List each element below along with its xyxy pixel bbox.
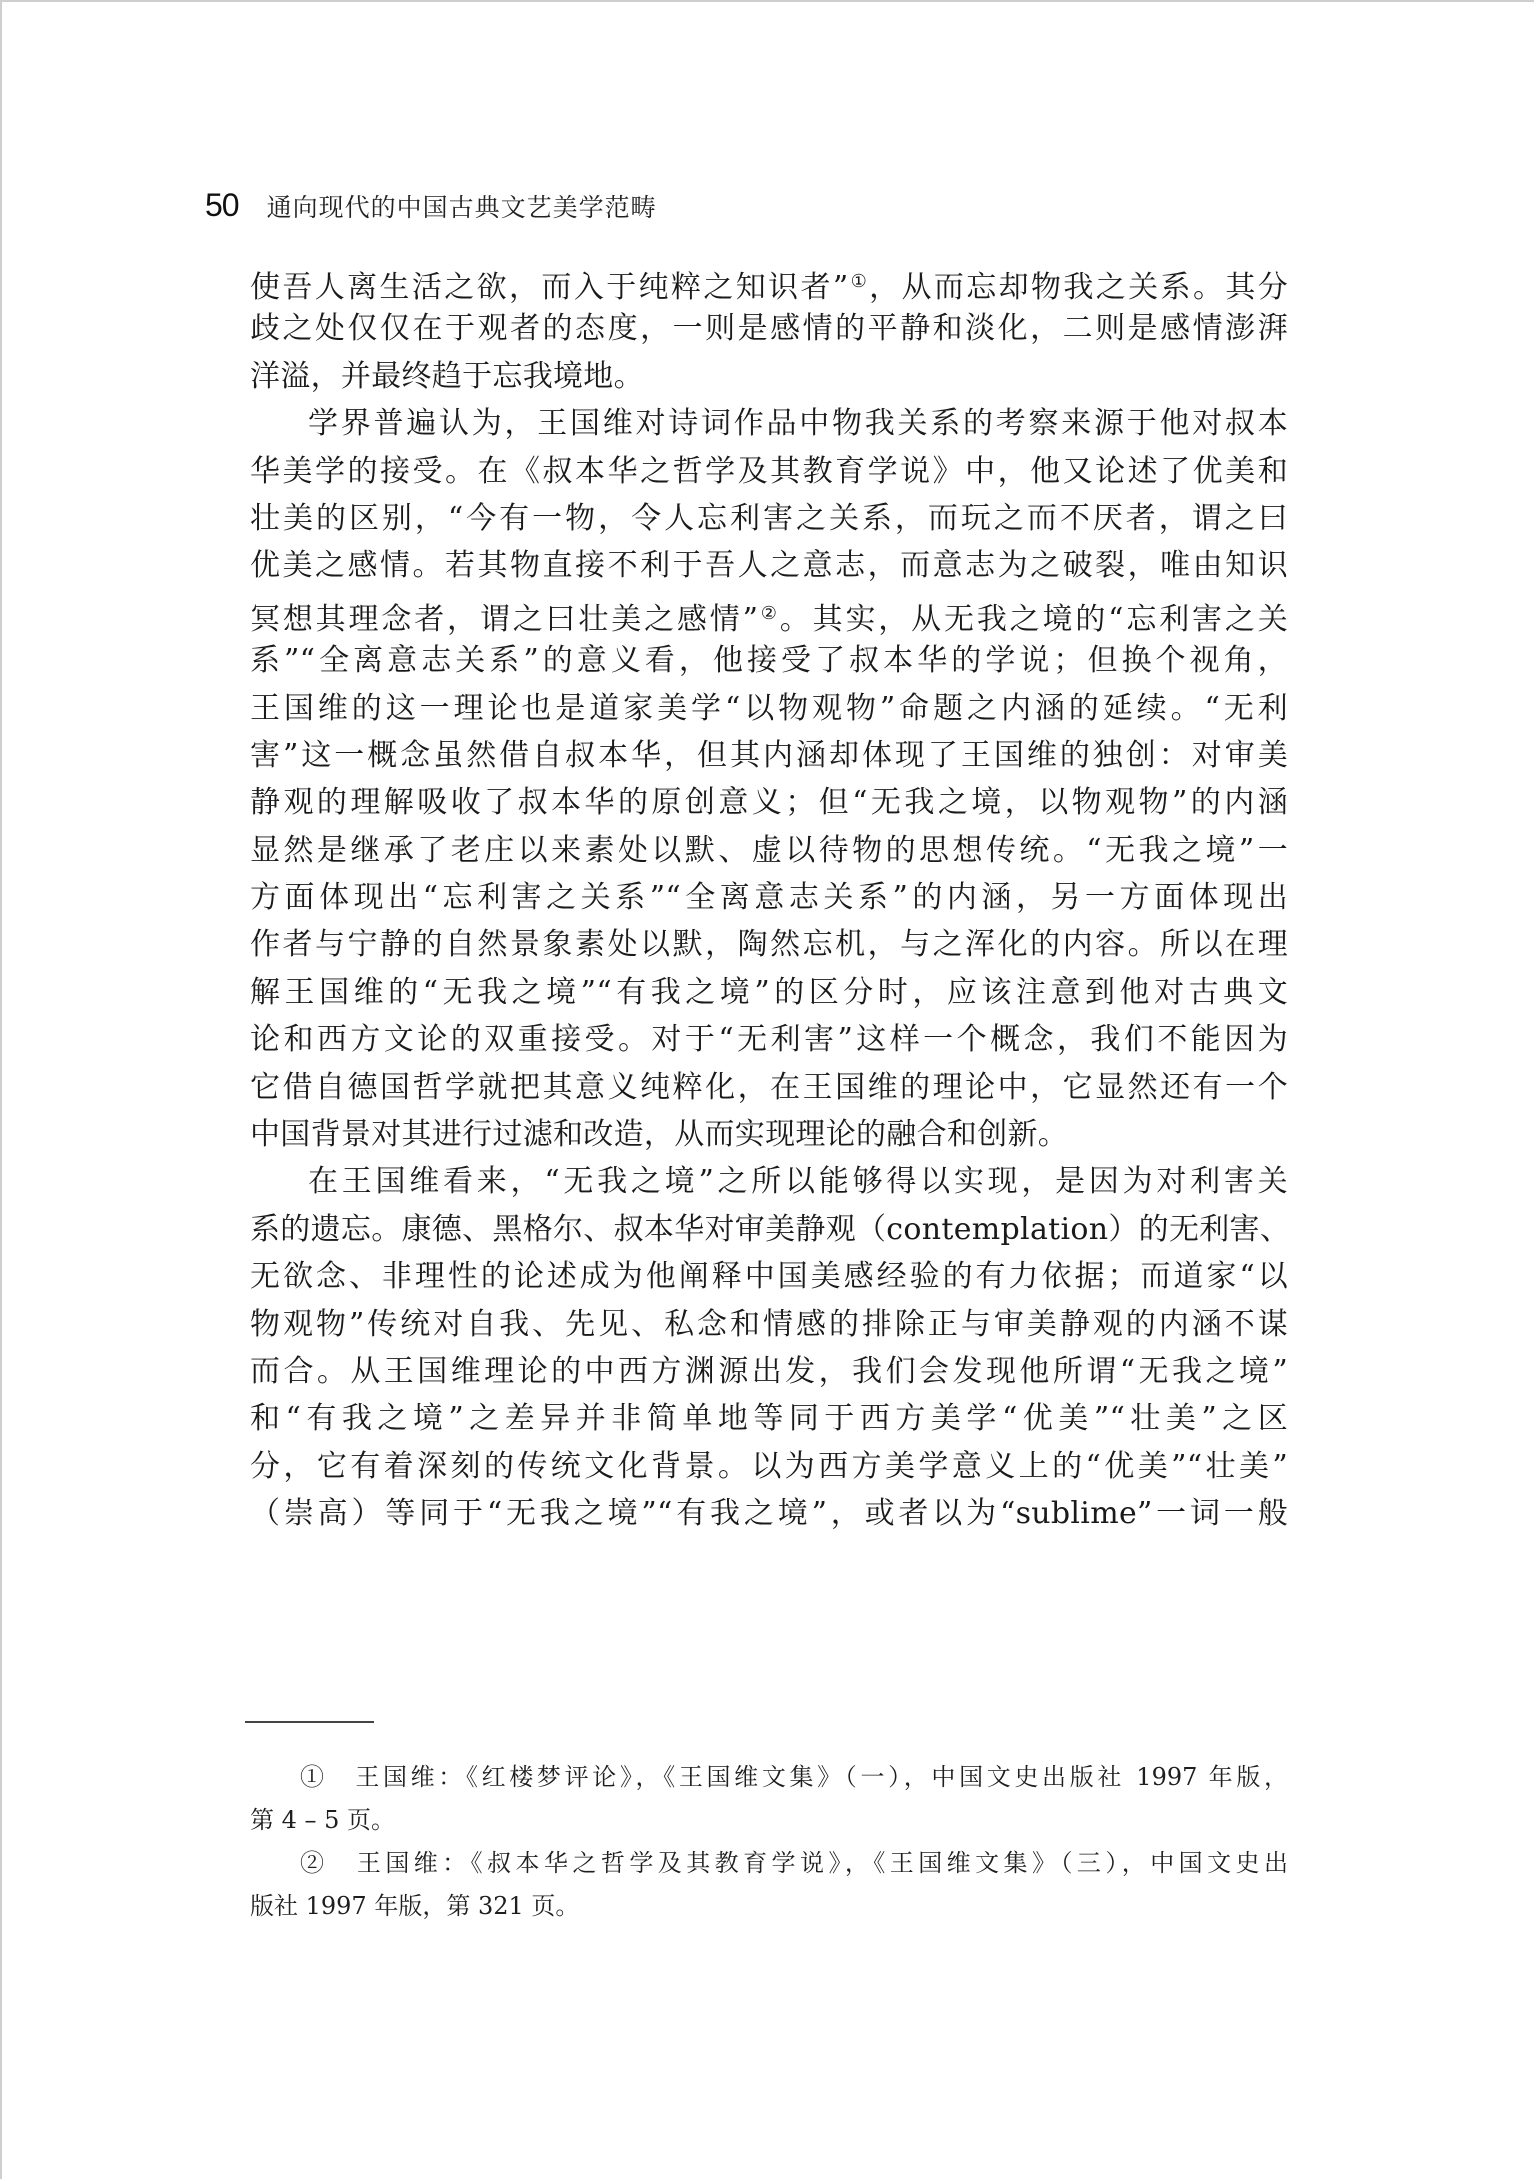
text-span: 冥想其理念者，谓之曰壮美之感情” (250, 602, 758, 637)
text-line: 系的遗忘。康德、黑格尔、叔本华对审美静观（contemplation）的无利害、 (250, 1206, 1288, 1253)
text-span: 。其实，从无我之境的“忘利害之关 (780, 602, 1288, 637)
text-line: 学界普遍认为，王国维对诗词作品中物我关系的考察来源于他对叔本 (250, 400, 1288, 447)
text-line: 解王国维的“无我之境”“有我之境”的区分时，应该注意到他对古典文 (250, 969, 1288, 1016)
text-line: 分，它有着深刻的传统文化背景。以为西方美学意义上的“优美”“壮美” (250, 1443, 1288, 1490)
footnote-ref-2[interactable]: ② (758, 603, 780, 624)
text-line: 而合。从王国维理论的中西方渊源出发，我们会发现他所谓“无我之境” (250, 1348, 1288, 1395)
text-line: 王国维的这一理论也是道家美学“以物观物”命题之内涵的延续。“无利 (250, 685, 1288, 732)
text-line: 优美之感情。若其物直接不利于吾人之意志，而意志为之破裂，唯由知识 (250, 542, 1288, 589)
text-line: 它借自德国哲学就把其意义纯粹化，在王国维的理论中，它显然还有一个 (250, 1064, 1288, 1111)
text-span: 使吾人离生活之欲，而入于纯粹之知识者” (250, 270, 849, 305)
text-line: 和“有我之境”之差异并非简单地等同于西方美学“优美”“壮美”之区 (250, 1395, 1288, 1442)
text-line: 物观物”传统对自我、先见、私念和情感的排除正与审美静观的内涵不谋 (250, 1301, 1288, 1348)
text-line: 使吾人离生活之欲，而入于纯粹之知识者”①，从而忘却物我之关系。其分 (250, 258, 1288, 305)
page-number: 50 (205, 187, 239, 224)
footnote-1-cont: 第 4 – 5 页。 (250, 1799, 1288, 1842)
text-line: 洋溢，并最终趋于忘我境地。 (250, 353, 1288, 400)
footnote-divider (245, 1721, 374, 1723)
text-line: （崇高）等同于“无我之境”“有我之境”，或者以为“sublime”一词一般 (250, 1490, 1288, 1537)
text-line: 华美学的接受。在《叔本华之哲学及其教育学说》中，他又论述了优美和 (250, 448, 1288, 495)
text-line: 冥想其理念者，谓之曰壮美之感情”②。其实，从无我之境的“忘利害之关 (250, 590, 1288, 637)
body-text: 使吾人离生活之欲，而入于纯粹之知识者”①，从而忘却物我之关系。其分 歧之处仅仅在… (250, 258, 1288, 1538)
book-title: 通向现代的中国古典文艺美学范畴 (267, 188, 657, 224)
footnote-ref-1[interactable]: ① (849, 271, 870, 292)
footnote-2-cont: 版社 1997 年版，第 321 页。 (250, 1885, 1288, 1928)
text-line: 静观的理解吸收了叔本华的原创意义；但“无我之境，以物观物”的内涵 (250, 779, 1288, 826)
text-line: 方面体现出“忘利害之关系”“全离意志关系”的内涵，另一方面体现出 (250, 874, 1288, 921)
footnote-1: ① 王国维：《红楼梦评论》，《王国维文集》（一），中国文史出版社 1997 年版… (250, 1756, 1288, 1799)
text-line: 作者与宁静的自然景象素处以默，陶然忘机，与之浑化的内容。所以在理 (250, 921, 1288, 968)
text-line: 在王国维看来，“无我之境”之所以能够得以实现，是因为对利害关 (250, 1158, 1288, 1205)
footnotes: ① 王国维：《红楼梦评论》，《王国维文集》（一），中国文史出版社 1997 年版… (250, 1756, 1288, 1928)
text-line: 壮美的区别，“今有一物，令人忘利害之关系，而玩之而不厌者，谓之曰 (250, 495, 1288, 542)
text-line: 中国背景对其进行过滤和改造，从而实现理论的融合和创新。 (250, 1111, 1288, 1158)
running-head: 50 通向现代的中国古典文艺美学范畴 (205, 187, 657, 227)
text-span: ，从而忘却物我之关系。其分 (869, 270, 1288, 305)
text-line: 无欲念、非理性的论述成为他阐释中国美感经验的有力依据；而道家“以 (250, 1253, 1288, 1300)
text-line: 害”这一概念虽然借自叔本华，但其内涵却体现了王国维的独创：对审美 (250, 732, 1288, 779)
text-line: 论和西方文论的双重接受。对于“无利害”这样一个概念，我们不能因为 (250, 1016, 1288, 1063)
footnote-2: ② 王国维：《叔本华之哲学及其教育学说》，《王国维文集》（三），中国文史出 (250, 1842, 1288, 1885)
text-line: 系”“全离意志关系”的意义看，他接受了叔本华的学说；但换个视角， (250, 637, 1288, 684)
text-line: 歧之处仅仅在于观者的态度，一则是感情的平静和淡化，二则是感情澎湃 (250, 305, 1288, 352)
text-line: 显然是继承了老庄以来素处以默、虚以待物的思想传统。“无我之境”一 (250, 827, 1288, 874)
